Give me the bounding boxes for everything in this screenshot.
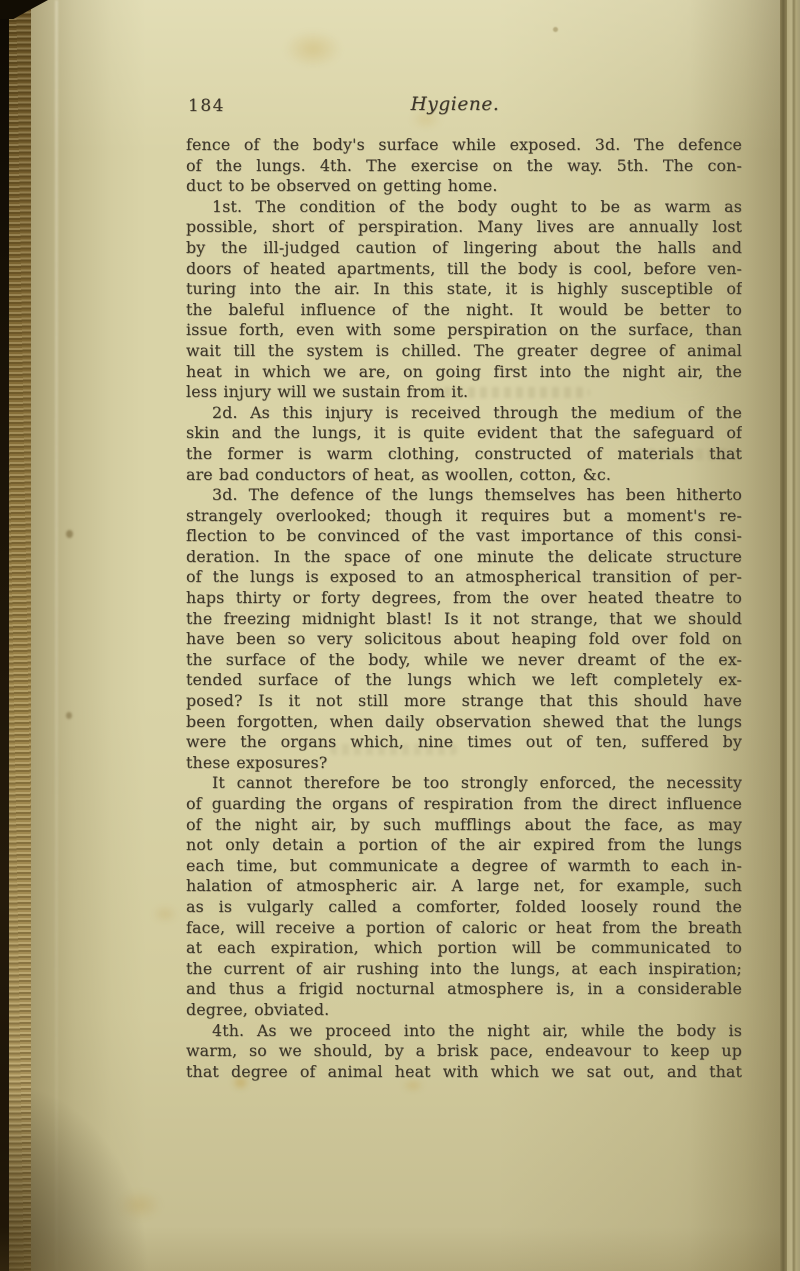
text-line: doors of heated apartments, till the bod… bbox=[186, 259, 742, 280]
text-line: degree, obviated. bbox=[186, 1000, 742, 1021]
text-line: warm, so we should, by a brisk pace, end… bbox=[186, 1041, 742, 1062]
text-line: turing into the air. In this state, it i… bbox=[186, 279, 742, 300]
text-line: haps thirty or forty degrees, from the o… bbox=[186, 588, 742, 609]
text-line: duct to be observed on getting home. bbox=[186, 176, 742, 197]
text-line: less injury will we sustain from it. bbox=[186, 382, 742, 403]
text-line: flection to be convinced of the vast imp… bbox=[186, 526, 742, 547]
text-line: face, will receive a portion of caloric … bbox=[186, 918, 742, 939]
text-line: heat in which we are, on going first int… bbox=[186, 362, 742, 383]
text-line: fence of the body's surface while expose… bbox=[186, 135, 742, 156]
text-line: tended surface of the lungs which we lef… bbox=[186, 670, 742, 691]
text-line: the surface of the body, while we never … bbox=[186, 650, 742, 671]
text-line: posed? Is it not still more strange that… bbox=[186, 691, 742, 712]
paper-stain bbox=[118, 1190, 162, 1220]
text-line: these exposures? bbox=[186, 753, 742, 774]
text-line: at each expiration, which portion will b… bbox=[186, 938, 742, 959]
text-line: of guarding the organs of respiration fr… bbox=[186, 794, 742, 815]
text-line: have been so very solicitous about heapi… bbox=[186, 629, 742, 650]
text-line: by the ill-judged caution of lingering a… bbox=[186, 238, 742, 259]
text-line: issue forth, even with some perspiration… bbox=[186, 320, 742, 341]
text-line: possible, short of perspiration. Many li… bbox=[186, 217, 742, 238]
text-line: 2d. As this injury is received through t… bbox=[186, 403, 742, 424]
text-line: of the lungs. 4th. The exercise on the w… bbox=[186, 156, 742, 177]
text-line: and thus a frigid nocturnal atmosphere i… bbox=[186, 979, 742, 1000]
text-line: deration. In the space of one minute the… bbox=[186, 547, 742, 568]
text-line: It cannot therefore be too strongly enfo… bbox=[186, 773, 742, 794]
text-line: 3d. The defence of the lungs themselves … bbox=[186, 485, 742, 506]
ink-speck bbox=[66, 712, 72, 719]
running-header: 184 Hygiene. bbox=[186, 94, 742, 120]
running-head-title: Hygiene. bbox=[177, 94, 733, 115]
scanned-book-page: 184 Hygiene. fence of the body's surface… bbox=[0, 0, 800, 1271]
text-line: skin and the lungs, it is quite evident … bbox=[186, 423, 742, 444]
text-line: wait till the system is chilled. The gre… bbox=[186, 341, 742, 362]
text-line: halation of atmospheric air. A large net… bbox=[186, 876, 742, 897]
text-line: 4th. As we proceed into the night air, w… bbox=[186, 1021, 742, 1042]
body-text: fence of the body's surface while expose… bbox=[186, 135, 742, 1082]
text-line: the current of air rushing into the lung… bbox=[186, 959, 742, 980]
text-line: of the night air, by such mufflings abou… bbox=[186, 815, 742, 836]
text-line: of the lungs is exposed to an atmospheri… bbox=[186, 567, 742, 588]
paper-stain bbox=[152, 905, 178, 923]
text-line: strangely overlooked; though it requires… bbox=[186, 506, 742, 527]
text-line: not only detain a portion of the air exp… bbox=[186, 835, 742, 856]
text-line: as is vulgarly called a comforter, folde… bbox=[186, 897, 742, 918]
text-line: were the organs which, nine times out of… bbox=[186, 732, 742, 753]
text-line: the baleful influence of the night. It w… bbox=[186, 300, 742, 321]
adjacent-page-sliver bbox=[787, 0, 800, 1271]
page-right-edge-line bbox=[780, 0, 787, 1271]
text-line: the freezing midnight blast! Is it not s… bbox=[186, 609, 742, 630]
text-line: are bad conductors of heat, as woollen, … bbox=[186, 465, 742, 486]
text-line: been forgotten, when daily observation s… bbox=[186, 712, 742, 733]
text-line: 1st. The condition of the body ought to … bbox=[186, 197, 742, 218]
text-line: that degree of animal heat with which we… bbox=[186, 1062, 742, 1083]
text-line: each time, but communicate a degree of w… bbox=[186, 856, 742, 877]
page-content: 184 Hygiene. fence of the body's surface… bbox=[186, 0, 742, 1271]
text-line: the former is warm clothing, constructed… bbox=[186, 444, 742, 465]
ink-speck bbox=[66, 530, 73, 538]
